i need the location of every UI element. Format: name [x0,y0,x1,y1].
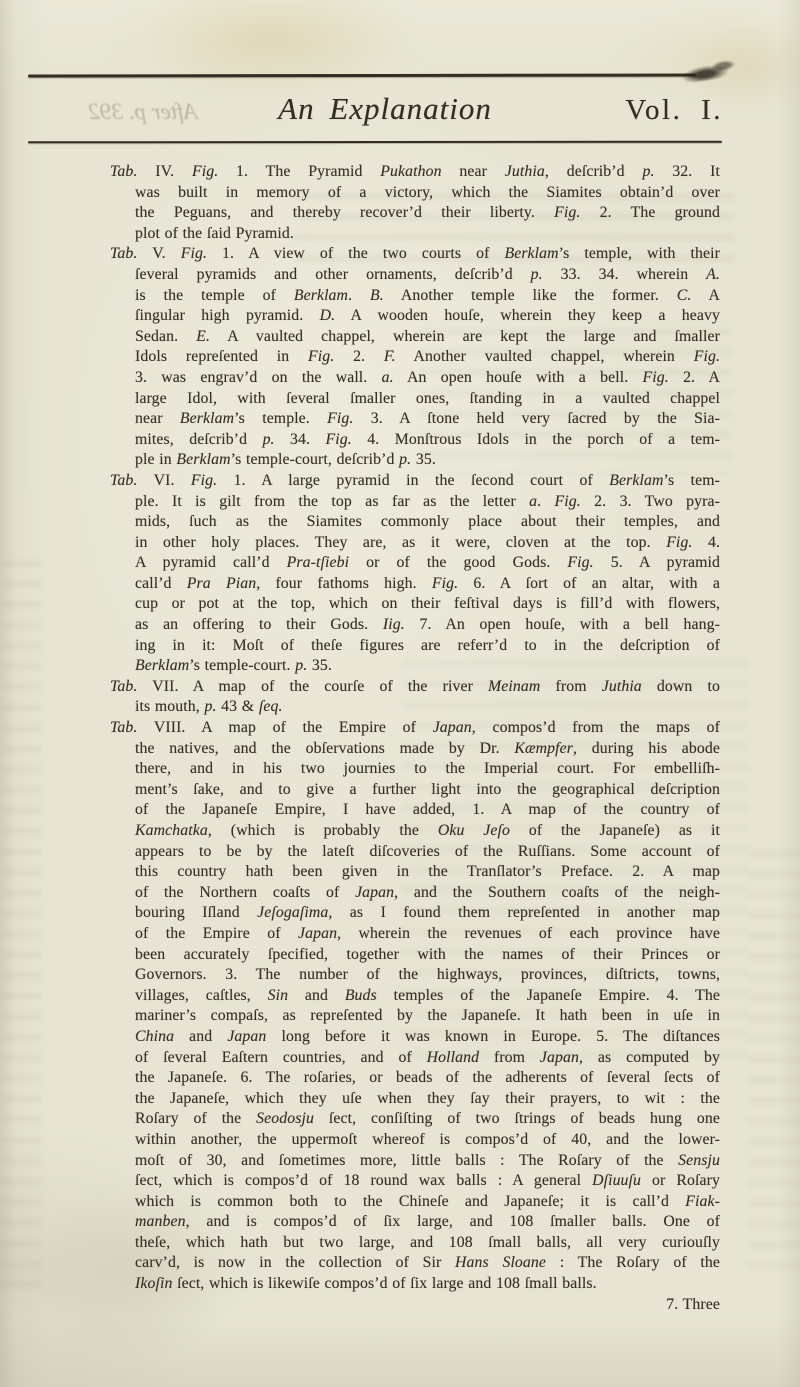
text-line: the Japaneſe. 6. The roſaries, or beads … [135,1068,720,1089]
text-line: of ſeveral Eaſtern countries, and of Hol… [135,1048,720,1069]
entry-tab-vii: Tab. VII. A map of the courſe of the riv… [110,677,720,718]
entry-tab-viii: Tab. VIII. A map of the Empire of Japan,… [110,718,720,1295]
bleedthrough-text-block [748,850,800,1270]
text-line: was built in memory of a victory, which … [135,183,720,204]
text-line: this country hath been given in the Tran… [135,862,720,883]
text-line: cup or pot at the top, which on their fe… [135,594,720,615]
text-line: plot of the ſaid Pyramid. [135,224,720,245]
text-line: Ikoſin ſect, which is likewiſe compos’d … [135,1274,720,1295]
text-line: as an offering to their Gods. Iig. 7. An… [135,615,720,636]
text-line: ment’s ſake, and to give a further light… [135,780,720,801]
text-line: within another, the uppermoſt whereof is… [135,1130,720,1151]
text-line: ing in it: Moſt of theſe figures are ref… [135,636,720,657]
text-line: theſe, which hath but two large, and 108… [135,1233,720,1254]
text-line: is the temple of Berklam. B. Another tem… [135,286,720,307]
text-line: bouring Iſland Jeſogaſima, as I found th… [135,903,720,924]
text-line: its mouth, p. 43 & ſeq. [135,697,720,718]
entry-tab-vi: Tab. VI. Fig. 1. A large pyramid in the … [110,471,720,677]
text-line: near Berklam’s temple. Fig. 3. A ſtone h… [135,409,720,430]
text-line: Tab. V. Fig. 1. A view of the two courts… [110,244,720,265]
text-line: Tab. VII. A map of the courſe of the riv… [110,677,720,698]
text-line: Governors. 3. The number of the highways… [135,965,720,986]
text-line: of the Empire of Japan, wherein the reve… [135,924,720,945]
text-line: appears to be by the lateſt diſcoveries … [135,842,720,863]
text-line: ſeveral pyramids and other ornaments, de… [135,265,720,286]
text-line: the Peguans, and thereby recover’d their… [135,203,720,224]
bleedthrough-note: After p. 392 [52,100,234,123]
text-line: the natives, and the obſervations made b… [135,739,720,760]
text-line: carv’d, is now in the collection of Sir … [135,1253,720,1274]
text-line: there, and in his two journies to the Im… [135,759,720,780]
text-line: mariner’s compaſs, as repreſented by the… [135,1006,720,1027]
text-line: Berklam’s temple-court. p. 35. [135,656,720,677]
text-line: Kamchatka, (which is probably the Oku Je… [135,821,720,842]
text-line: been accurately ſpecified, together with… [135,945,720,966]
catchword: 7. Three [110,1295,720,1316]
running-title: An Explanation [278,93,492,124]
text-line: of the Northern coaſts of Japan, and the… [135,883,720,904]
ink-smudge [681,59,737,84]
text-line: Tab. VI. Fig. 1. A large pyramid in the … [110,471,720,492]
text-line: Tab. VIII. A map of the Empire of Japan,… [110,718,720,739]
volume-label: Vol. I. [625,96,723,125]
header-rule [28,141,722,144]
text-line: ple. It is gilt from the top as far as t… [135,492,720,513]
text-line: ple in Berklam’s temple-court, deſcrib’d… [135,450,720,471]
text-line: mites, deſcrib’d p. 34. Fig. 4. Monſtrou… [135,430,720,451]
text-line: Tab. IV. Fig. 1. The Pyramid Pukathon ne… [110,162,720,183]
entry-tab-iv: Tab. IV. Fig. 1. The Pyramid Pukathon ne… [110,162,720,244]
text-line: ſingular high pyramid. D. A wooden houſe… [135,306,720,327]
text-line: large Idol, with ſeveral ſmaller ones, ſ… [135,389,720,410]
top-rule [28,74,696,78]
text-line: Roſary of the Seodosju ſect, conſiſting … [135,1109,720,1130]
text-line: manben, and is compos’d of ſix large, an… [135,1212,720,1233]
paper-stain [140,0,410,100]
text-line: moſt of 30, and ſometimes more, little b… [135,1151,720,1172]
text-line: Idols repreſented in Fig. 2. F. Another … [135,347,720,368]
entry-tab-v: Tab. V. Fig. 1. A view of the two courts… [110,244,720,471]
text-line: 3. was engrav’d on the wall. a. An open … [135,368,720,389]
text-line: of the Japaneſe Empire, I have added, 1.… [135,800,720,821]
text-line: A pyramid call’d Pra-tſiebi or of the go… [135,553,720,574]
text-line: the Japaneſe, which they uſe when they ſ… [135,1089,720,1110]
text-line: which is common both to the Chineſe and … [135,1192,720,1213]
text-line: call’d Pra Pian, four fathoms high. Fig.… [135,574,720,595]
text-line: China and Japan long before it was known… [135,1027,720,1048]
text-line: in other holy places. They are, as it we… [135,533,720,554]
text-line: villages, caſtles, Sin and Buds temples … [135,986,720,1007]
text-block: Tab. IV. Fig. 1. The Pyramid Pukathon ne… [110,162,720,1315]
bleedthrough-text-block [0,560,42,1300]
text-line: Sedan. E. A vaulted chappel, wherein are… [135,327,720,348]
book-page: After p. 392 An Explanation Vol. I. Tab.… [0,0,800,1387]
text-line: mids, ſuch as the Siamites commonly plac… [135,512,720,533]
text-line: ſect, which is compos’d of 18 round wax … [135,1171,720,1192]
